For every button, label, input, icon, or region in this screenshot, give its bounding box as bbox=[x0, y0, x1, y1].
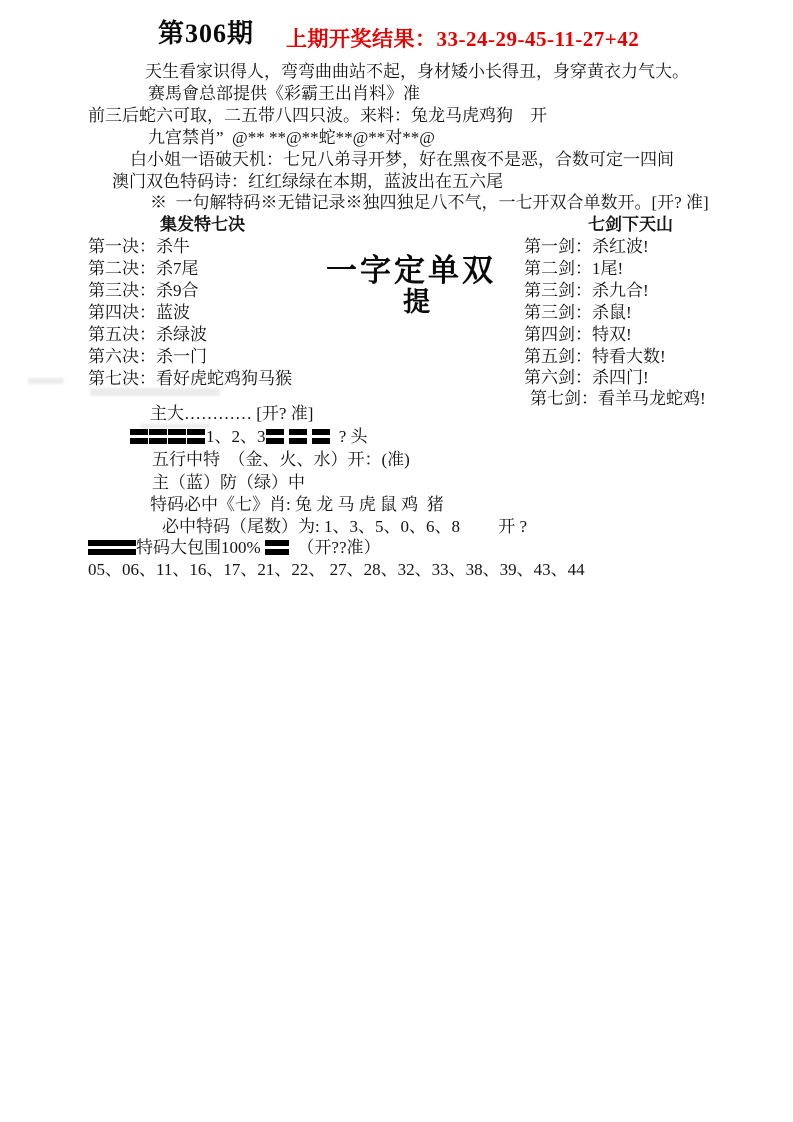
provider-line: 赛馬會总部提供《彩霸王出肖料》准 bbox=[148, 84, 420, 104]
redact-block bbox=[130, 429, 148, 444]
seven-zodiac-line: 特码必中《七》肖: 兔 龙 马 虎 鼠 鸡 猪 bbox=[150, 495, 444, 515]
redact-block bbox=[112, 540, 136, 555]
number-list: 05、06、11、16、17、21、22、 27、28、32、33、38、39、… bbox=[88, 560, 585, 580]
head-code-line: 1、2、3 ? 头 bbox=[130, 427, 368, 447]
jian-item-3: 第三剑：杀九合! bbox=[524, 281, 649, 301]
wuxing-line: 五行中特 （金、火、水）开：(准) bbox=[152, 450, 410, 470]
baowei-line: 特码大包围100% （开??准） bbox=[88, 538, 381, 558]
redact-block bbox=[149, 429, 167, 444]
lottery-tip-sheet: 第306期 上期开奖结果：33-24-29-45-11-27+42 天生看家识得… bbox=[0, 0, 793, 1122]
macau-poem-line: 澳门双色特码诗：红红绿绿在本期，蓝波出在五六尾 bbox=[112, 172, 503, 192]
jian-item-7: 第六剑：杀四门! bbox=[524, 368, 649, 388]
jue-item-3: 第三决：杀9合 bbox=[88, 281, 199, 301]
forbidden-zodiac-line: 九宫禁肖” @** **@**蛇**@**对**@ bbox=[148, 128, 435, 148]
jue-item-4: 第四决：蓝波 bbox=[88, 303, 190, 323]
redact-block bbox=[289, 429, 307, 444]
jue-item-6: 第六决：杀一门 bbox=[88, 347, 207, 367]
redact-block bbox=[168, 429, 186, 444]
left-column-title: 集发特七决 bbox=[160, 215, 245, 235]
wave-main-line: 主（蓝）防（绿）中 bbox=[152, 473, 305, 493]
baowei-text: 特码大包围100% bbox=[136, 538, 265, 557]
redact-block bbox=[266, 429, 284, 444]
center-slogan-second: 提 bbox=[403, 292, 430, 312]
redact-block bbox=[187, 429, 205, 444]
tail-number-line: 必中特码（尾数）为: 1、3、5、0、6、8 开 ? bbox=[162, 517, 527, 537]
center-slogan: 一字定单双 bbox=[326, 261, 496, 281]
jue-item-7: 第七决：看好虎蛇鸡狗马猴 bbox=[88, 369, 292, 389]
previous-draw-result: 上期开奖结果：33-24-29-45-11-27+42 bbox=[286, 29, 639, 49]
jue-item-2: 第二决：杀7尾 bbox=[88, 259, 199, 279]
riddle-line: 天生看家识得人，弯弯曲曲站不起，身材矮小长得丑，身穿黄衣力气大。 bbox=[145, 62, 689, 82]
print-artifact bbox=[28, 378, 64, 384]
jian-item-4: 第三剑：杀鼠! bbox=[524, 303, 632, 323]
jian-item-5: 第四剑：特双! bbox=[524, 325, 632, 345]
jian-item-2: 第二剑：1尾! bbox=[524, 259, 623, 279]
miss-white-line: 白小姐一语破天机：七兄八弟寻开梦，好在黑夜不是恶，合数可定一四间 bbox=[130, 150, 674, 170]
wave-tip-line: 前三后蛇六可取，二五带八四只波。来料：兔龙马虎鸡狗 开 bbox=[88, 106, 547, 126]
baowei-tail: （开??准） bbox=[289, 538, 381, 557]
redact-block bbox=[88, 540, 112, 555]
print-artifact bbox=[90, 388, 220, 396]
redact-block bbox=[312, 429, 330, 444]
head-code-tail: ? 头 bbox=[335, 427, 368, 446]
issue-number: 第306期 bbox=[158, 24, 254, 44]
one-sentence-line: ※ 一句解特码※无错记录※独四独足八不气，一七开双合单数开。[开? 准] bbox=[150, 193, 709, 213]
redact-block bbox=[265, 540, 289, 555]
jian-item-6: 第五剑：特看大数! bbox=[524, 347, 666, 367]
zhu-da-line: 主大………… [开? 准] bbox=[150, 404, 313, 424]
head-code-numbers: 1、2、3 bbox=[206, 427, 266, 446]
jian-item-8: 第七剑：看羊马龙蛇鸡! bbox=[530, 389, 706, 409]
right-column-title: 七剑下天山 bbox=[588, 215, 673, 235]
jue-item-5: 第五决：杀绿波 bbox=[88, 325, 207, 345]
jue-item-1: 第一决：杀牛 bbox=[88, 237, 190, 257]
jian-item-1: 第一剑：杀红波! bbox=[524, 237, 649, 257]
